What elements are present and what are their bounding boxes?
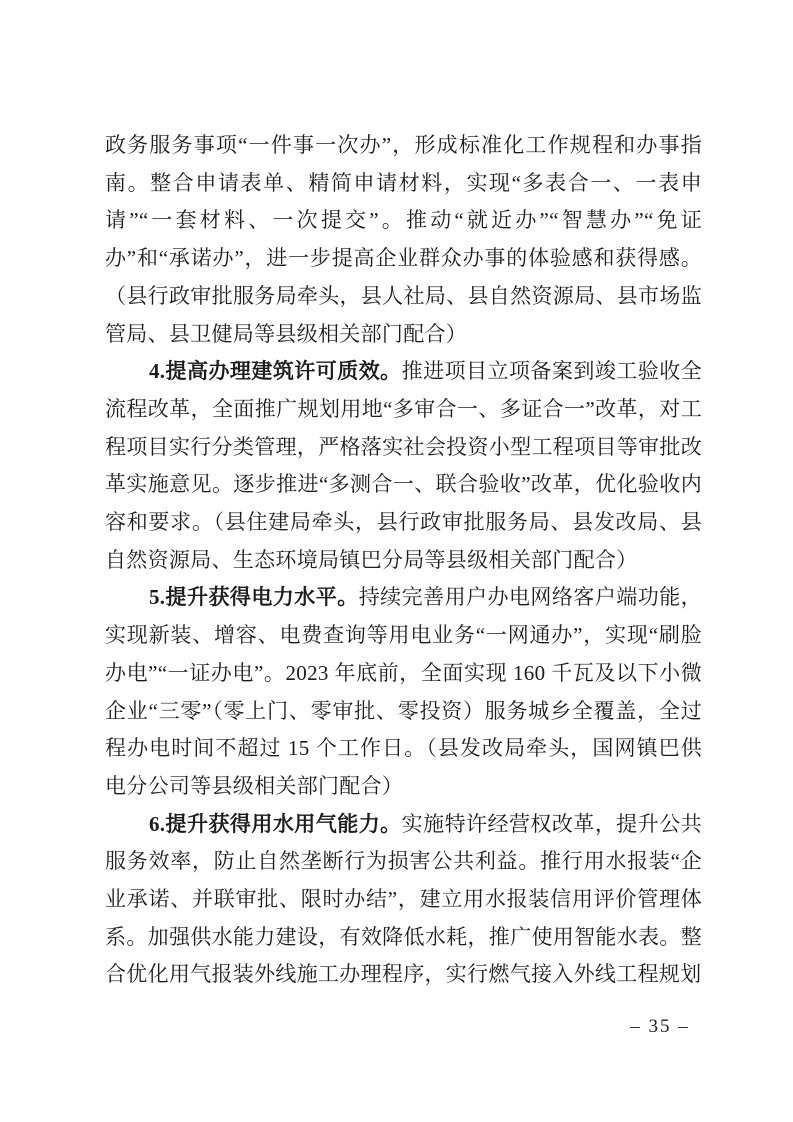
paragraph-lead: 6.提升获得用水用气能力。 xyxy=(149,812,402,836)
document-text-block: 政务服务事项“一件事一次办”，形成标准化工作规程和办事指南。整合申请表单、精简申… xyxy=(105,127,702,994)
paragraph-body: 实施特许经营权改革，提升公共服务效率，防止自然垄断行为损害公共利益。推行用水报装… xyxy=(105,812,702,987)
paragraph-continuation: 政务服务事项“一件事一次办”，形成标准化工作规程和办事指南。整合申请表单、精简申… xyxy=(105,127,702,353)
paragraph-item-4: 4.提高办理建筑许可质效。推进项目立项备案到竣工验收全流程改革，全面推广规划用地… xyxy=(105,353,702,579)
paragraph-body: 推进项目立项备案到竣工验收全流程改革，全面推广规划用地“多审合一、多证合一”改革… xyxy=(105,359,702,572)
paragraph-lead: 5.提升获得电力水平。 xyxy=(149,585,359,609)
paragraph-lead: 4.提高办理建筑许可质效。 xyxy=(149,359,402,383)
page-number: – 35 – xyxy=(622,1014,698,1040)
paragraph-body: 政务服务事项“一件事一次办”，形成标准化工作规程和办事指南。整合申请表单、精简申… xyxy=(105,133,702,346)
paragraph-body: 持续完善用户办电网络客户端功能，实现新装、增容、电费查询等用电业务“一网通办”，… xyxy=(105,585,702,798)
paragraph-item-5: 5.提升获得电力水平。持续完善用户办电网络客户端功能，实现新装、增容、电费查询等… xyxy=(105,579,702,805)
document-page: 政务服务事项“一件事一次办”，形成标准化工作规程和办事指南。整合申请表单、精简申… xyxy=(0,0,793,1122)
paragraph-item-6: 6.提升获得用水用气能力。实施特许经营权改革，提升公共服务效率，防止自然垄断行为… xyxy=(105,806,702,995)
